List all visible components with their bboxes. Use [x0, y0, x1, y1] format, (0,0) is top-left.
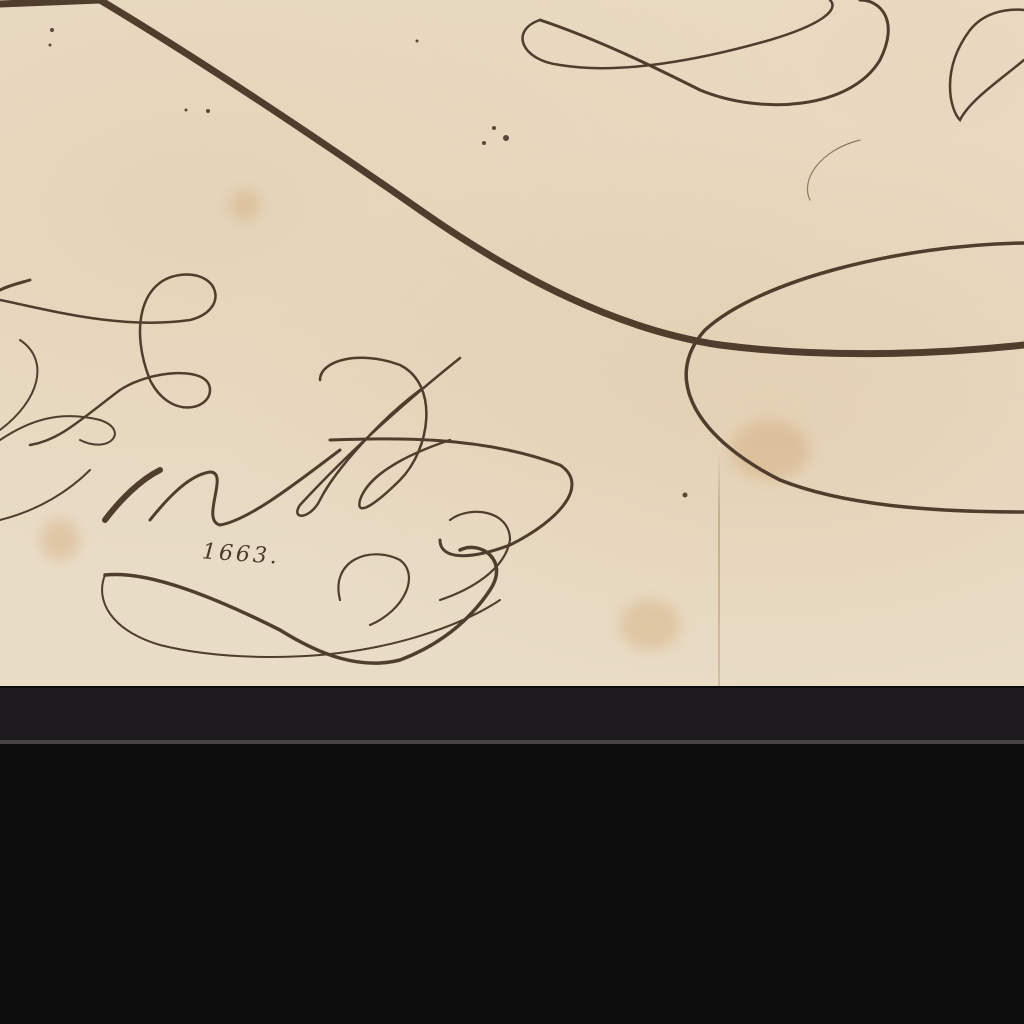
- velvet-mount-upper-band: [0, 686, 1024, 742]
- inscription-date: 1663.: [201, 539, 281, 569]
- velvet-mount: [0, 744, 1024, 1024]
- calligraphy-flourish: [0, 0, 1024, 686]
